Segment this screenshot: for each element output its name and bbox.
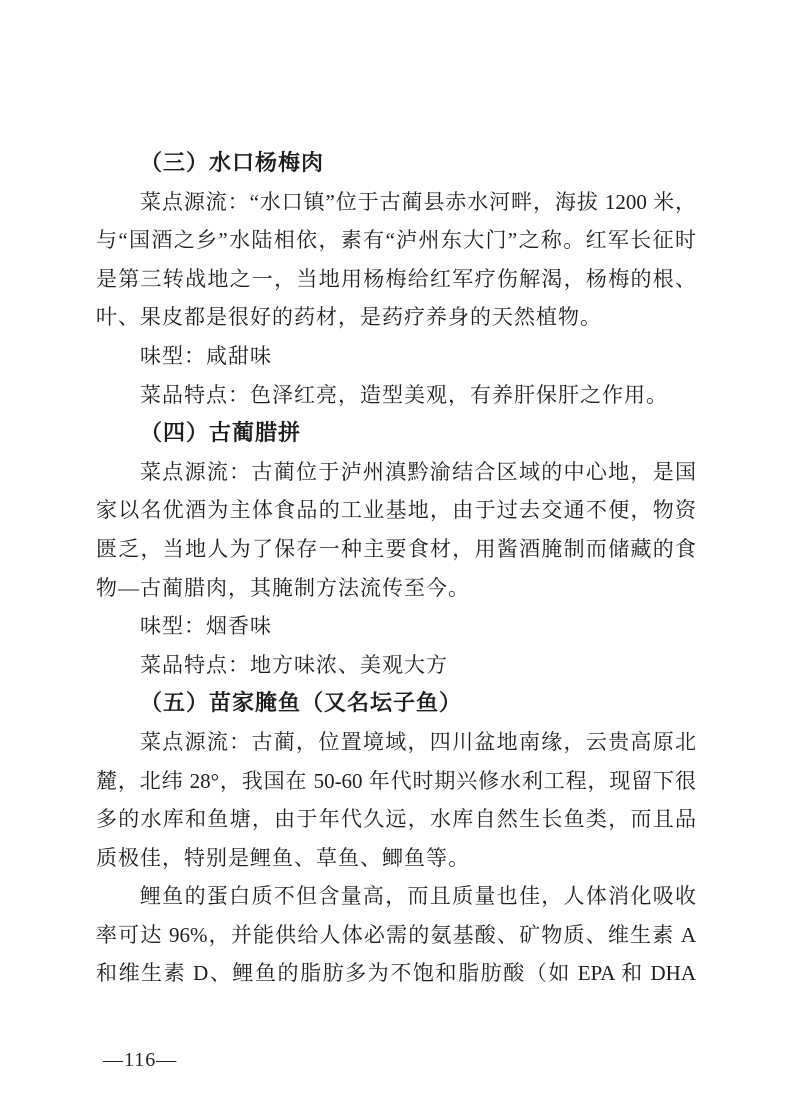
flavor-line: 味型：烟香味: [96, 607, 696, 646]
text-line: 率可达 96%，并能供给人体必需的氨基酸、矿物质、维生素 A: [96, 916, 696, 955]
text-line: 与“国酒之乡”水陆相依，素有“泸州东大门”之称。红军长征时: [96, 221, 696, 260]
text-line: 物—古蔺腊肉，其腌制方法流传至今。: [96, 569, 696, 608]
dish-section-miaojia-yanyu: （五）苗家腌鱼（又名坛子鱼） 菜点源流：古蔺，位置境域，四川盆地南缘，云贵高原北…: [96, 684, 696, 993]
feature-line: 菜品特点：色泽红亮，造型美观，有养肝保肝之作用。: [96, 376, 696, 415]
text-line: 家以名优酒为主体食品的工业基地，由于过去交通不便，物资: [96, 491, 696, 530]
text-line: 质极佳，特别是鲤鱼、草鱼、鲫鱼等。: [96, 839, 696, 878]
section-heading: （五）苗家腌鱼（又名坛子鱼）: [96, 684, 696, 723]
section-heading: （三）水口杨梅肉: [96, 144, 696, 183]
text-line: 鲤鱼的蛋白质不但含量高，而且质量也佳，人体消化吸收: [96, 877, 696, 916]
dish-section-gulin-lapin: （四）古蔺腊拼 菜点源流：古蔺位于泸州滇黔渝结合区域的中心地，是国 家以名优酒为…: [96, 414, 696, 684]
flavor-line: 味型：咸甜味: [96, 337, 696, 376]
text-line: 匮乏，当地人为了保存一种主要食材，用酱酒腌制而储藏的食: [96, 530, 696, 569]
text-line: 菜点源流：古蔺位于泸州滇黔渝结合区域的中心地，是国: [96, 453, 696, 492]
feature-line: 菜品特点：地方味浓、美观大方: [96, 646, 696, 685]
text-line: 麓，北纬 28°，我国在 50-60 年代时期兴修水利工程，现留下很: [96, 762, 696, 801]
text-line: 是第三转战地之一，当地用杨梅给红军疗伤解渴，杨梅的根、: [96, 260, 696, 299]
page-body: （三）水口杨梅肉 菜点源流：“水口镇”位于古蔺县赤水河畔，海拔 1200 米， …: [96, 144, 696, 993]
text-line: 菜点源流：古蔺，位置境域，四川盆地南缘，云贵高原北: [96, 723, 696, 762]
text-line: 多的水库和鱼塘，由于年代久远，水库自然生长鱼类，而且品: [96, 800, 696, 839]
text-line: 叶、果皮都是很好的药材，是药疗养身的天然植物。: [96, 298, 696, 337]
dish-section-shuikou-yangmei-rou: （三）水口杨梅肉 菜点源流：“水口镇”位于古蔺县赤水河畔，海拔 1200 米， …: [96, 144, 696, 414]
text-line: 菜点源流：“水口镇”位于古蔺县赤水河畔，海拔 1200 米，: [96, 183, 696, 222]
document-page: （三）水口杨梅肉 菜点源流：“水口镇”位于古蔺县赤水河畔，海拔 1200 米， …: [0, 0, 790, 1118]
text-line: 和维生素 D、鲤鱼的脂肪多为不饱和脂肪酸（如 EPA 和 DHA: [96, 954, 696, 993]
section-heading: （四）古蔺腊拼: [96, 414, 696, 453]
page-number: —116—: [103, 1049, 177, 1072]
